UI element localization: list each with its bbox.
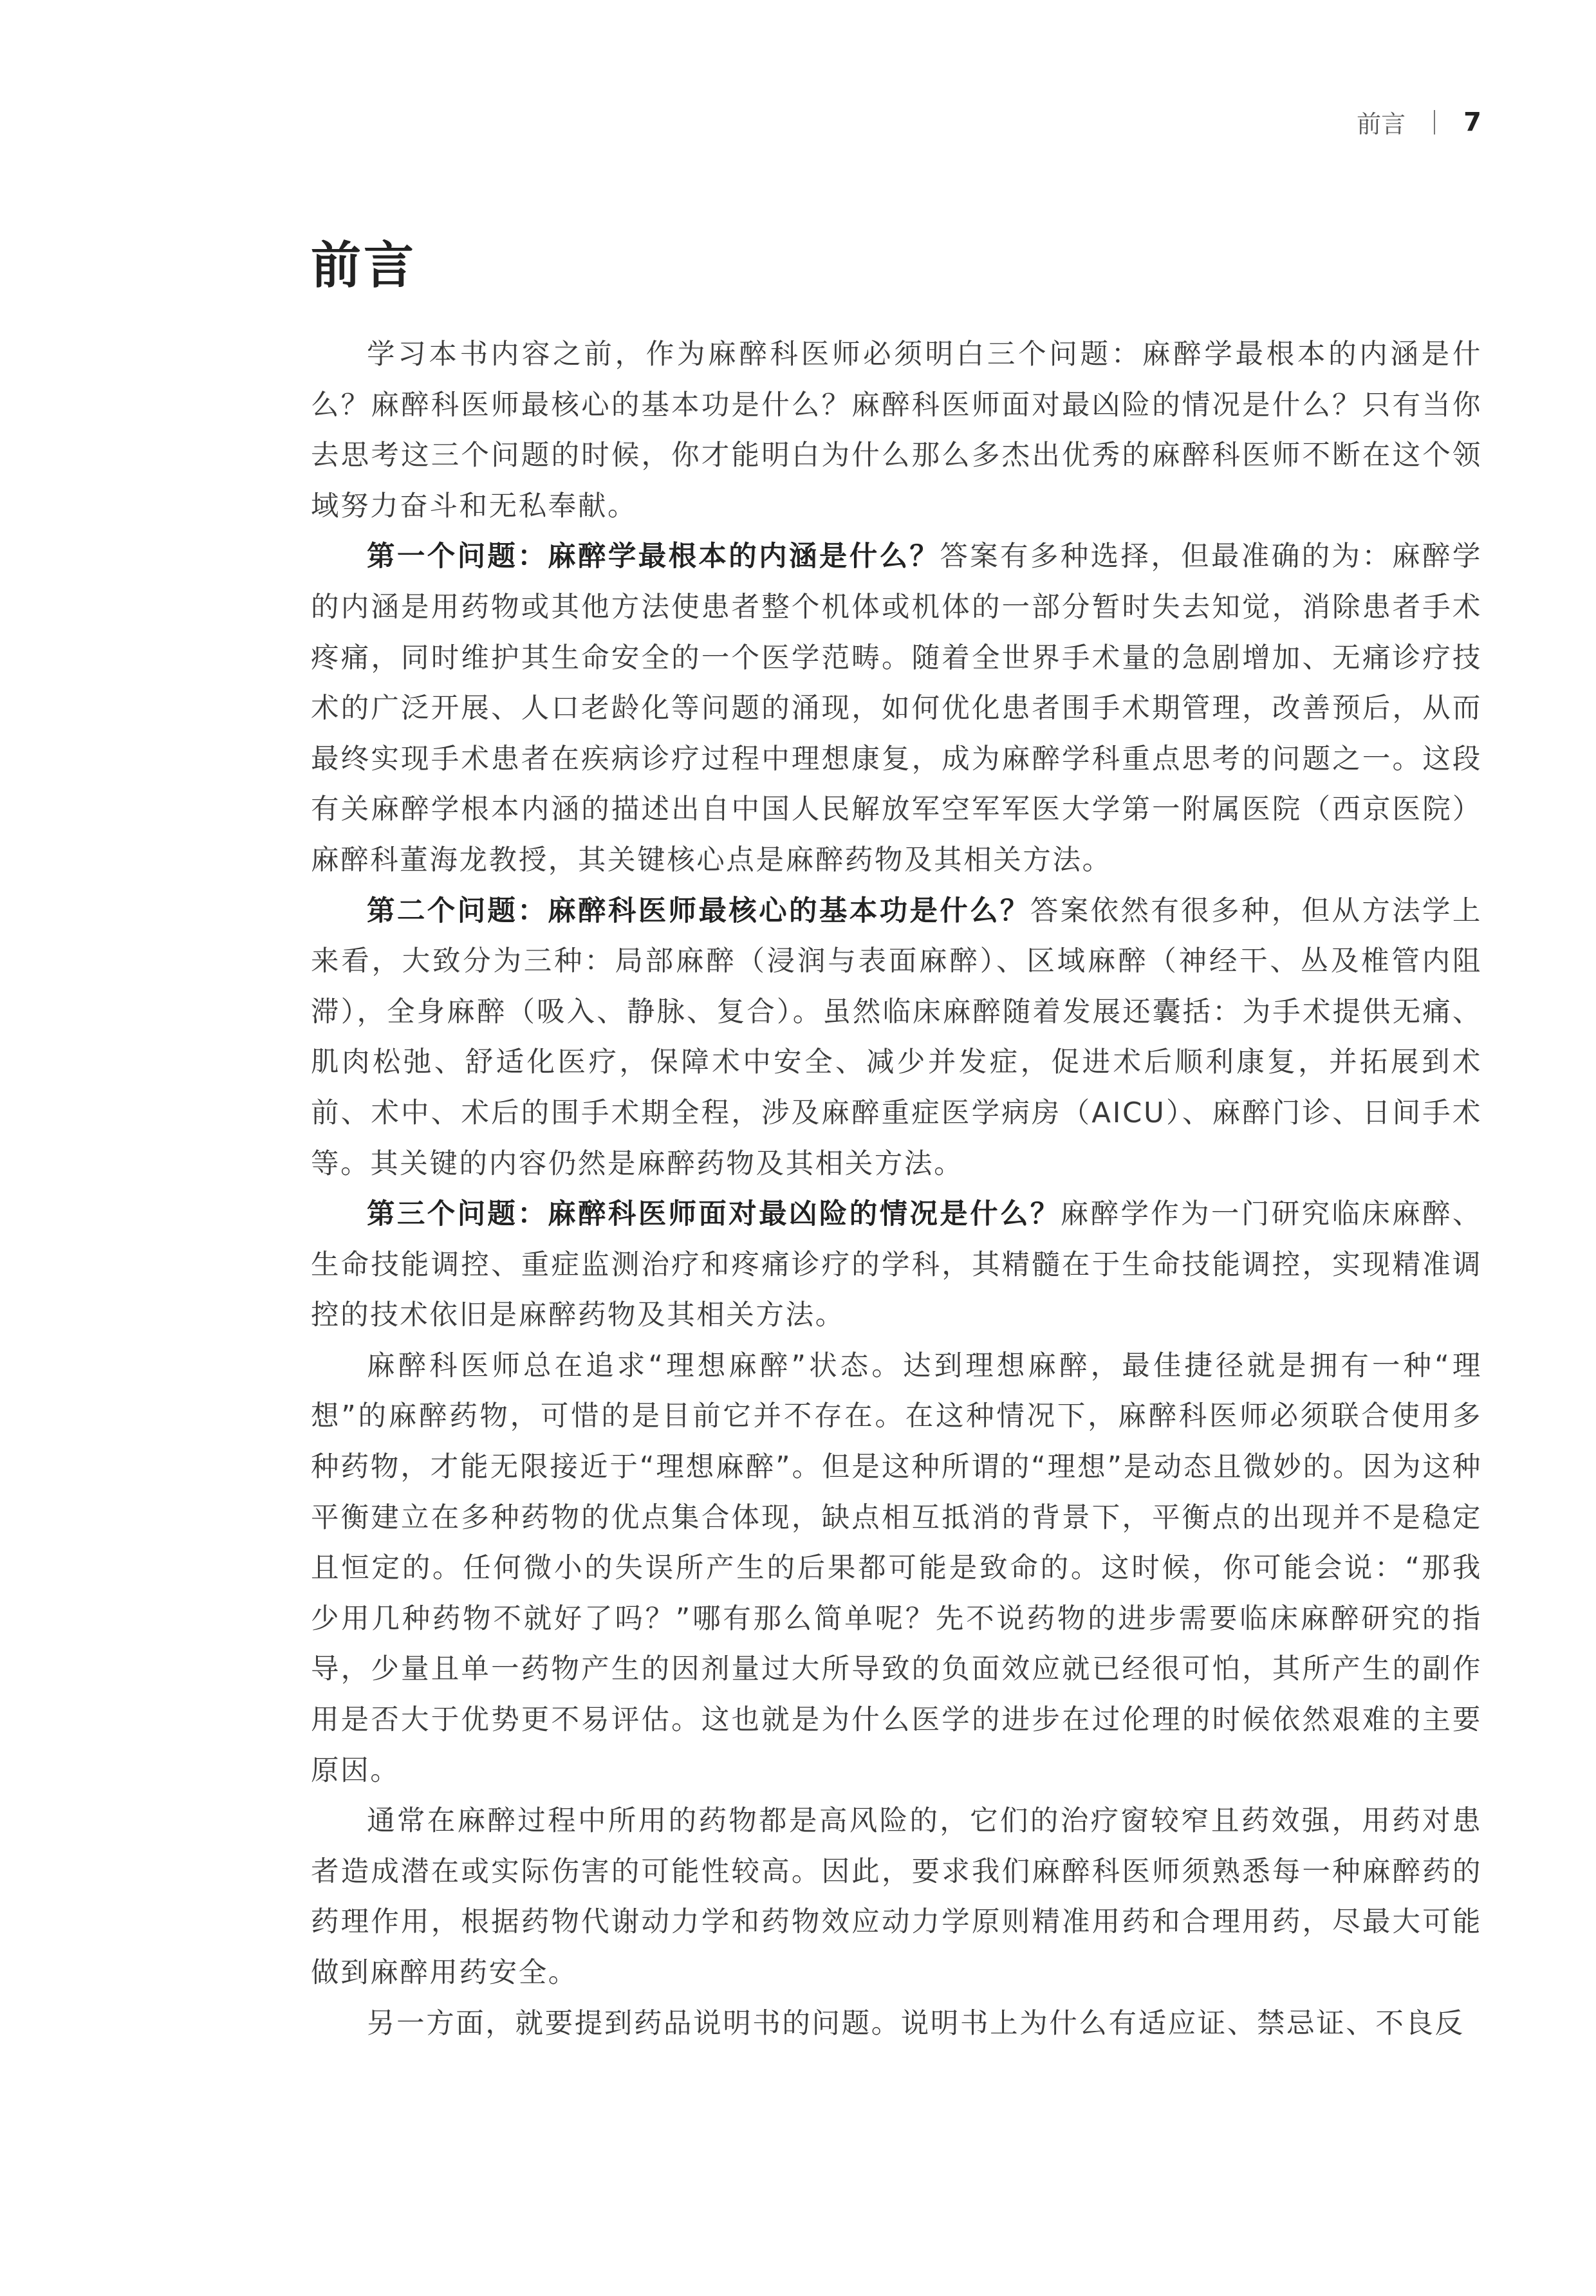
- running-head-divider: [1434, 110, 1435, 134]
- paragraph-lead: 第三个问题：麻醉科医师面对最凶险的情况是什么？: [367, 1198, 1061, 1230]
- paragraph-ideal-anesthesia: 麻醉科医师总在追求“理想麻醉”状态。达到理想麻醉，最佳捷径就是拥有一种“理想”的…: [311, 1341, 1482, 1796]
- paragraph-drug-label: 另一方面，就要提到药品说明书的问题。说明书上为什么有适应证、禁忌证、不良反: [311, 1999, 1482, 2050]
- page-number: 7: [1463, 107, 1481, 137]
- paragraph-text: 学习本书内容之前，作为麻醉科医师必须明白三个问题：麻醉学最根本的内涵是什么？麻醉…: [311, 338, 1482, 523]
- preface-body: 学习本书内容之前，作为麻醉科医师必须明白三个问题：麻醉学最根本的内涵是什么？麻醉…: [311, 329, 1482, 2049]
- running-head: 前言 7: [1357, 104, 1481, 140]
- running-head-section: 前言: [1357, 104, 1406, 140]
- page-title: 前言: [311, 225, 416, 297]
- paragraph-question-3: 第三个问题：麻醉科医师面对最凶险的情况是什么？麻醉学作为一门研究临床麻醉、生命技…: [311, 1189, 1482, 1341]
- paragraph-text: 麻醉科医师总在追求“理想麻醉”状态。达到理想麻醉，最佳捷径就是拥有一种“理想”的…: [311, 1350, 1482, 1787]
- paragraph-intro: 学习本书内容之前，作为麻醉科医师必须明白三个问题：麻醉学最根本的内涵是什么？麻醉…: [311, 329, 1482, 532]
- paragraph-text: 答案有多种选择，但最准确的为：麻醉学的内涵是用药物或其他方法使患者整个机体或机体…: [311, 541, 1482, 876]
- paragraph-text: 答案依然有很多种，但从方法学上来看，大致分为三种：局部麻醉（浸润与表面麻醉）、区…: [311, 895, 1482, 1180]
- paragraph-text: 另一方面，就要提到药品说明书的问题。说明书上为什么有适应证、禁忌证、不良反: [367, 2008, 1465, 2040]
- paragraph-question-2: 第二个问题：麻醉科医师最核心的基本功是什么？答案依然有很多种，但从方法学上来看，…: [311, 886, 1482, 1190]
- paragraph-lead: 第一个问题：麻醉学最根本的内涵是什么？: [367, 541, 940, 573]
- paragraph-drug-risk: 通常在麻醉过程中所用的药物都是高风险的，它们的治疗窗较窄且药效强，用药对患者造成…: [311, 1796, 1482, 1998]
- paragraph-text: 通常在麻醉过程中所用的药物都是高风险的，它们的治疗窗较窄且药效强，用药对患者造成…: [311, 1805, 1482, 1989]
- paragraph-question-1: 第一个问题：麻醉学最根本的内涵是什么？答案有多种选择，但最准确的为：麻醉学的内涵…: [311, 532, 1482, 885]
- paragraph-lead: 第二个问题：麻醉科医师最核心的基本功是什么？: [367, 895, 1030, 927]
